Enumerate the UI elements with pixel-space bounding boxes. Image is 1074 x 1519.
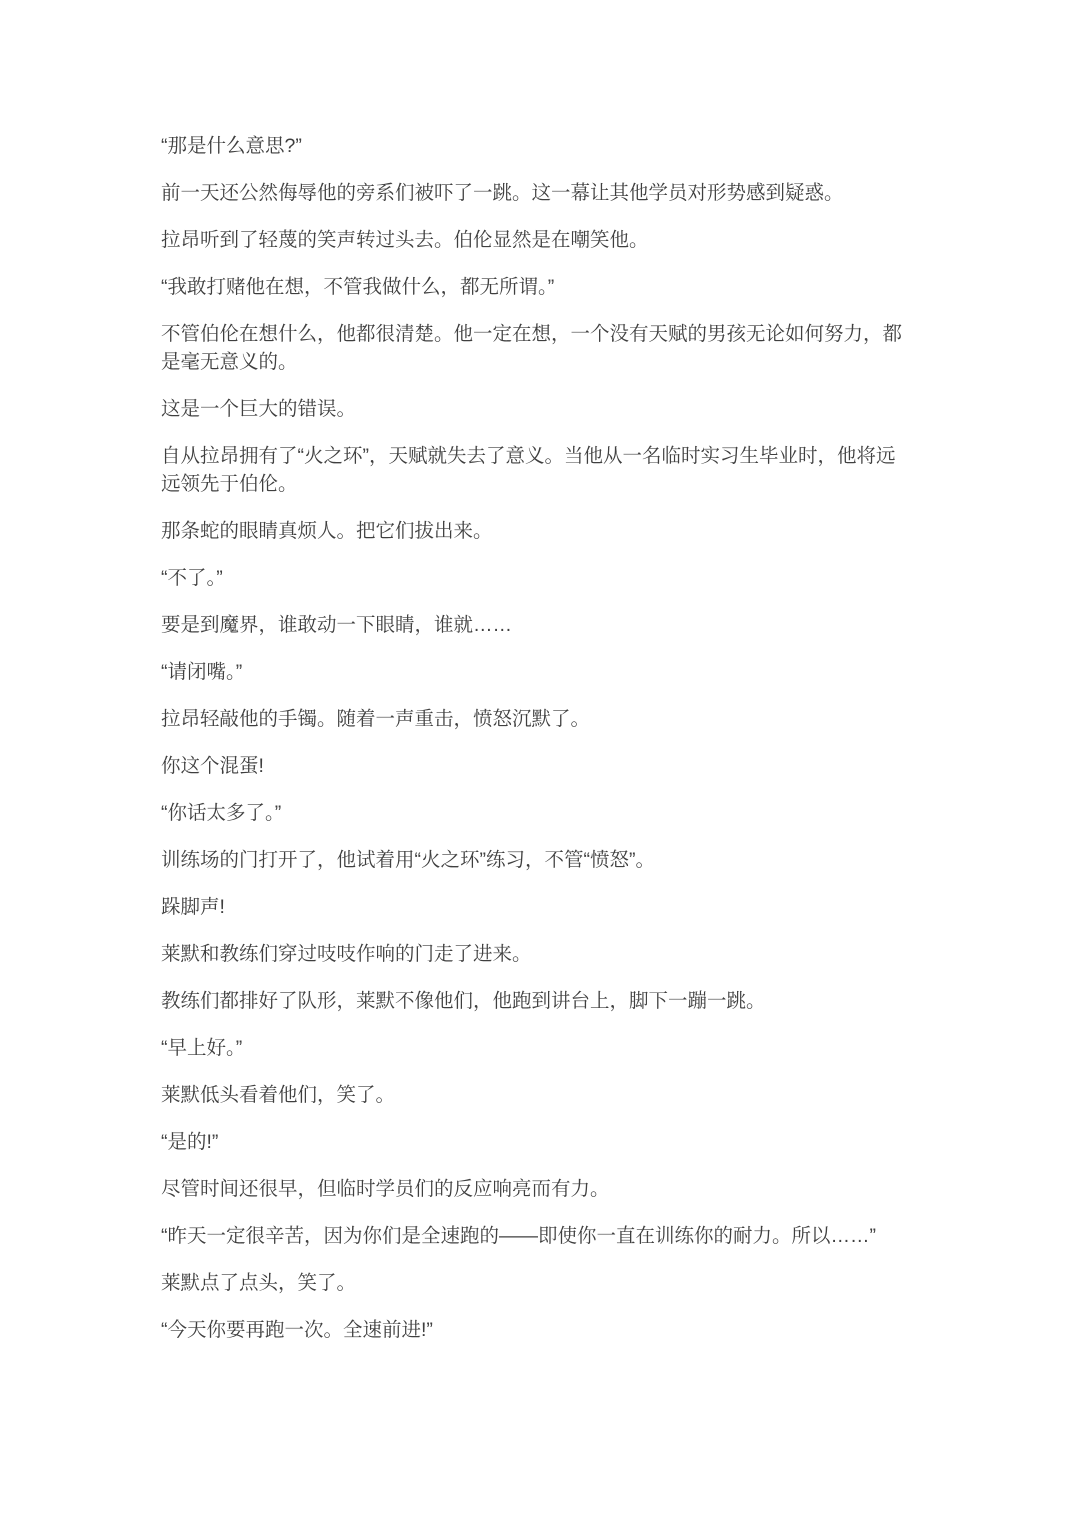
paragraph: 训练场的门打开了，他试着用“火之环”练习，不管“愤怒”。 bbox=[161, 846, 913, 874]
paragraph: “你话太多了。” bbox=[161, 799, 913, 827]
paragraph: 莱默和教练们穿过吱吱作响的门走了进来。 bbox=[161, 940, 913, 968]
paragraph: “早上好。” bbox=[161, 1034, 913, 1062]
paragraph: 教练们都排好了队形，莱默不像他们，他跑到讲台上，脚下一蹦一跳。 bbox=[161, 987, 913, 1015]
paragraph: “今天你要再跑一次。全速前进!” bbox=[161, 1316, 913, 1344]
paragraph: 自从拉昂拥有了“火之环”，天赋就失去了意义。当他从一名临时实习生毕业时，他将远远… bbox=[161, 442, 913, 498]
paragraph: “是的!” bbox=[161, 1128, 913, 1156]
paragraph: 拉昂听到了轻蔑的笑声转过头去。伯伦显然是在嘲笑他。 bbox=[161, 226, 913, 254]
paragraph: 莱默低头看着他们，笑了。 bbox=[161, 1081, 913, 1109]
paragraph: 拉昂轻敲他的手镯。随着一声重击，愤怒沉默了。 bbox=[161, 705, 913, 733]
paragraph: 前一天还公然侮辱他的旁系们被吓了一跳。这一幕让其他学员对形势感到疑惑。 bbox=[161, 179, 913, 207]
paragraph: 跺脚声! bbox=[161, 893, 913, 921]
paragraph: “那是什么意思?” bbox=[161, 132, 913, 160]
document-page: “那是什么意思?” 前一天还公然侮辱他的旁系们被吓了一跳。这一幕让其他学员对形势… bbox=[0, 0, 1074, 1519]
paragraph: 尽管时间还很早，但临时学员们的反应响亮而有力。 bbox=[161, 1175, 913, 1203]
paragraph: 不管伯伦在想什么，他都很清楚。他一定在想，一个没有天赋的男孩无论如何努力，都是毫… bbox=[161, 320, 913, 376]
paragraph: “不了。” bbox=[161, 564, 913, 592]
paragraph: 那条蛇的眼睛真烦人。把它们拔出来。 bbox=[161, 517, 913, 545]
paragraph: “昨天一定很辛苦，因为你们是全速跑的——即使你一直在训练你的耐力。所以……” bbox=[161, 1222, 913, 1250]
paragraph: “我敢打赌他在想，不管我做什么，都无所谓。” bbox=[161, 273, 913, 301]
paragraph: “请闭嘴。” bbox=[161, 658, 913, 686]
document-text-body: “那是什么意思?” 前一天还公然侮辱他的旁系们被吓了一跳。这一幕让其他学员对形势… bbox=[161, 132, 913, 1363]
paragraph: 这是一个巨大的错误。 bbox=[161, 395, 913, 423]
paragraph: 要是到魔界，谁敢动一下眼睛，谁就…… bbox=[161, 611, 913, 639]
paragraph: 莱默点了点头，笑了。 bbox=[161, 1269, 913, 1297]
paragraph: 你这个混蛋! bbox=[161, 752, 913, 780]
